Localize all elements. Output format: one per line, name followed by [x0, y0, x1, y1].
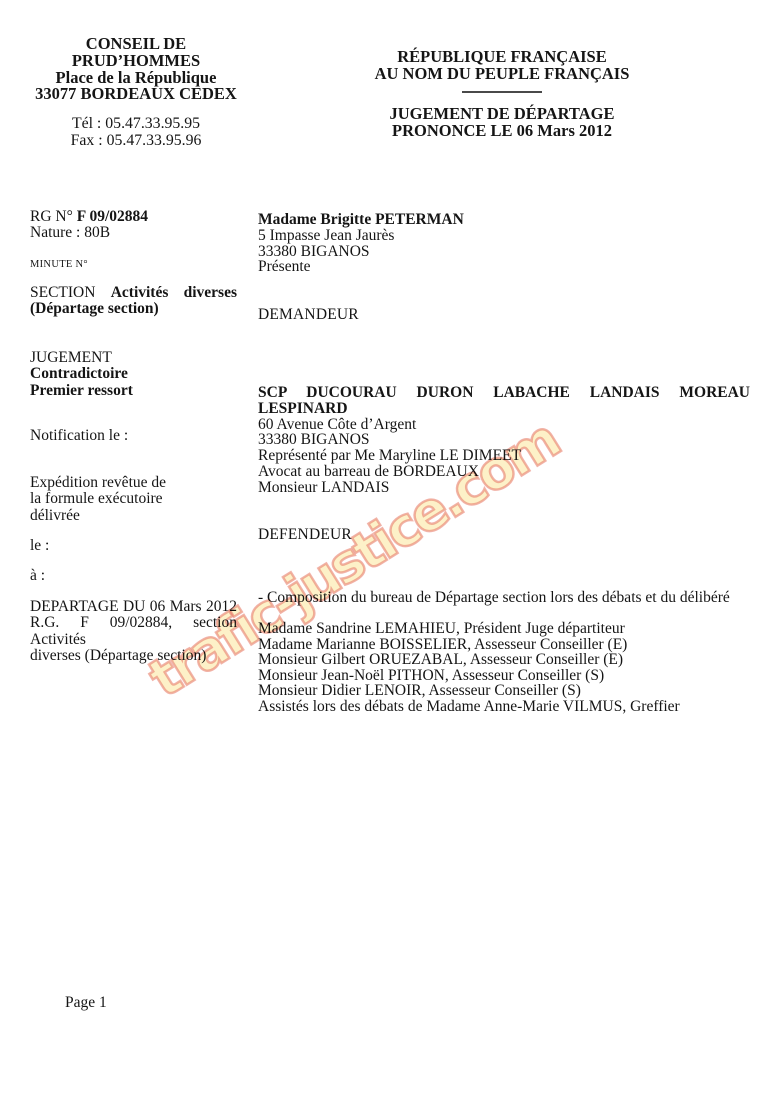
section-value-line1: Activités diverses — [111, 284, 237, 301]
separator-line — [462, 91, 542, 93]
rg-number: F 09/02884 — [77, 208, 148, 225]
judgment-type-block: JUGEMENT Contradictoire Premier ressort — [30, 350, 237, 399]
section-label: SECTION — [30, 284, 95, 301]
section-value-line2: (Départage section) — [30, 301, 237, 317]
notification-line: Notification le : — [30, 428, 237, 444]
judgment-page: CONSEIL DE PRUD’HOMMES Place de la Répub… — [0, 0, 780, 1104]
plaintiff-block: Madame Brigitte PETERMAN 5 Impasse Jean … — [258, 212, 750, 275]
page-number: Page 1 — [65, 995, 107, 1011]
case-nature: Nature : 80B — [30, 225, 237, 241]
jugement-label: JUGEMENT — [30, 350, 237, 366]
composition-title: - Composition du bureau de Départage sec… — [258, 590, 750, 606]
court-address-line2: 33077 BORDEAUX CEDEX — [28, 86, 244, 103]
defendant-address-line2: 33380 BIGANOS — [258, 432, 750, 448]
judgment-title-line1: JUGEMENT DE DÉPARTAGE — [350, 105, 654, 122]
court-header: CONSEIL DE PRUD’HOMMES Place de la Répub… — [28, 36, 244, 150]
a-label: à : — [30, 568, 237, 584]
defendant-attendee: Monsieur LANDAIS — [258, 480, 750, 496]
defendant-block: SCP DUCOURAU DURON LABACHE LANDAIS MOREA… — [258, 385, 750, 496]
defendant-role-label: DEFENDEUR — [258, 527, 750, 543]
defendant-representative: Représenté par Me Maryline LE DIMEET — [258, 448, 750, 464]
judgment-title-line2: PRONONCE LE 06 Mars 2012 — [350, 122, 654, 139]
plaintiff-role-label: DEMANDEUR — [258, 307, 750, 323]
defendant-name: SCP DUCOURAU DURON LABACHE LANDAIS MOREA… — [258, 385, 750, 417]
jugement-type-premier-ressort: Premier ressort — [30, 383, 237, 399]
section-block: SECTION Activités diverses (Départage se… — [30, 285, 237, 318]
le-label: le : — [30, 538, 237, 554]
plaintiff-name: Madame Brigitte PETERMAN — [258, 212, 750, 228]
jugement-type-contradictoire: Contradictoire — [30, 366, 237, 382]
court-fax: Fax : 05.47.33.95.96 — [28, 133, 244, 150]
rg-label: RG N° — [30, 208, 77, 225]
case-reference-block: RG N° F 09/02884 Nature : 80B — [30, 209, 237, 242]
court-tel: Tél : 05.47.33.95.95 — [28, 116, 244, 133]
section-line1: SECTION Activités diverses — [30, 285, 237, 301]
composition-members: Madame Sandrine LEMAHIEU, Président Juge… — [258, 621, 750, 715]
plaintiff-presence: Présente — [258, 259, 750, 275]
republic-header: RÉPUBLIQUE FRANÇAISE AU NOM DU PEUPLE FR… — [350, 48, 654, 139]
plaintiff-address-line1: 5 Impasse Jean Jaurès — [258, 228, 750, 244]
court-contact: Tél : 05.47.33.95.95 Fax : 05.47.33.95.9… — [28, 116, 244, 150]
defendant-address-line1: 60 Avenue Côte d’Argent — [258, 417, 750, 433]
republic-line2: AU NOM DU PEUPLE FRANÇAIS — [350, 65, 654, 82]
defendant-bar: Avocat au barreau de BORDEAUX — [258, 464, 750, 480]
plaintiff-address-line2: 33380 BIGANOS — [258, 244, 750, 260]
republic-line1: RÉPUBLIQUE FRANÇAISE — [350, 48, 654, 65]
rg-number-line: RG N° F 09/02884 — [30, 209, 237, 225]
expedition-block: Expédition revêtue dela formule exécutoi… — [30, 475, 237, 524]
departage-reference-block: DEPARTAGE DU 06 Mars 2012R.G. F 09/02884… — [30, 599, 237, 665]
minute-number: MINUTE N° — [30, 259, 237, 271]
